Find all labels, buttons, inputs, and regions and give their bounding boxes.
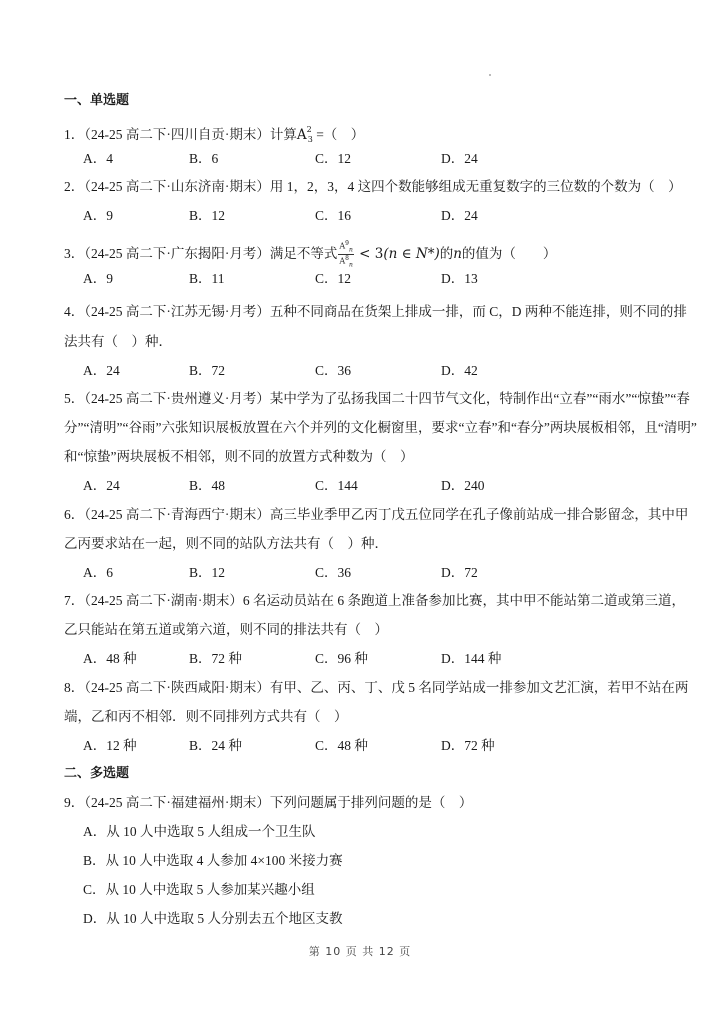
option-d[interactable]: D．240 [441,477,485,495]
question-source: （24-25 高二下·福建福州·期末） [84,795,270,810]
options-q5: A．24 B．48 C．144 D．240 [0,477,720,495]
question-text: 计算 [270,127,297,142]
option-b[interactable]: B．从 10 人中选取 4 人参加 4×100 米接力赛 [83,852,343,870]
question-3: 3．（24-25 高二下·广东揭阳·月考）满足不等式A9nA8n < 3(n ∈… [64,240,666,270]
question-number: 8． [64,680,84,695]
options-q7: A．48 种 B．72 种 C．96 种 D．144 种 [0,650,720,668]
question-source: （24-25 高二下·江苏无锡·月考） [84,304,270,319]
question-9: 9．（24-25 高二下·福建福州·期末）下列问题属于排列问题的是（ ） [64,794,666,812]
options-q3: A．9 B．11 C．12 D．13 [0,270,720,288]
question-source: （24-25 高二下·湖南·期末） [84,593,243,608]
question-source: （24-25 高二下·广东揭阳·月考） [84,246,270,261]
options-q4: A．24 B．72 C．36 D．42 [0,362,720,380]
option-d[interactable]: D．42 [441,362,478,380]
options-q6: A．6 B．12 C．36 D．72 [0,564,720,582]
option-a[interactable]: A．24 [83,477,120,495]
option-d[interactable]: D．24 [441,150,478,168]
question-5-cont-2: 和“惊蛰”两块展板不相邻，则不同的放置方式种数为（ ） [64,448,666,466]
question-8-cont: 端，乙和丙不相邻．则不同排列方式共有（ ） [64,708,666,726]
option-b[interactable]: B．72 种 [189,650,242,668]
question-1: 1．（24-25 高二下·四川自贡·期末）计算A23 =（ ） [64,121,666,149]
option-d[interactable]: D．72 [441,564,478,582]
option-d[interactable]: D．144 种 [441,650,501,668]
question-6: 6．（24-25 高二下·青海西宁·期末）高三毕业季甲乙丙丁戊五位同学在孔子像前… [64,506,666,524]
options-q8: A．12 种 B．24 种 C．48 种 D．72 种 [0,737,720,755]
options-q1: A．4 B．6 C．12 D．24 [0,150,720,168]
question-5-cont-1: 分”“清明”“谷雨”六张知识展板放置在六个并列的文化橱窗里，要求“立春”和“春分… [64,419,666,437]
question-7-cont: 乙只能站在第五道或第六道，则不同的排法共有（ ） [64,621,666,639]
option-c[interactable]: C．12 [315,150,351,168]
question-source: （24-25 高二下·贵州遵义·月考） [84,391,270,406]
page-footer: 第 10 页 共 12 页 [0,943,720,959]
question-number: 4． [64,304,84,319]
question-number: 5． [64,391,84,406]
question-number: 6． [64,507,84,522]
option-b[interactable]: B．24 种 [189,737,242,755]
option-c[interactable]: C．从 10 人中选取 5 人参加某兴趣小组 [83,881,315,899]
option-d[interactable]: D．13 [441,270,478,288]
question-5: 5．（24-25 高二下·贵州遵义·月考）某中学为了弘扬我国二十四节气文化，特制… [64,390,666,408]
option-c[interactable]: C．48 种 [315,737,368,755]
question-4-cont: 法共有（ ）种． [64,333,666,351]
document-page: 一、单选题 1．（24-25 高二下·四川自贡·期末）计算A23 =（ ） A．… [0,0,720,1018]
question-number: 1． [64,127,84,142]
math-arrangement-symbol: A23 [297,127,313,143]
math-condition: (n ∈ N*) [383,246,439,262]
question-source: （24-25 高二下·青海西宁·期末） [84,507,270,522]
option-a[interactable]: A．12 种 [83,737,137,755]
question-2: 2．（24-25 高二下·山东济南·期末）用 1，2，3，4 这四个数能够组成无… [64,178,666,196]
option-c[interactable]: C．16 [315,207,351,225]
option-a[interactable]: A．24 [83,362,120,380]
option-a[interactable]: A．9 [83,207,113,225]
option-b[interactable]: B．12 [189,564,225,582]
question-4: 4．（24-25 高二下·江苏无锡·月考）五种不同商品在货架上排成一排，而 C，… [64,303,666,321]
question-source: （24-25 高二下·四川自贡·期末） [84,127,270,142]
option-d[interactable]: D．24 [441,207,478,225]
option-c[interactable]: C．144 [315,477,358,495]
option-a[interactable]: A．4 [83,150,113,168]
option-a[interactable]: A．9 [83,270,113,288]
option-b[interactable]: B．6 [189,150,218,168]
math-fraction: A9nA8n [338,240,353,270]
option-b[interactable]: B．11 [189,270,225,288]
question-6-cont: 乙丙要求站在一起，则不同的站队方法共有（ ）种． [64,535,666,553]
option-d[interactable]: D．72 种 [441,737,495,755]
question-number: 7． [64,593,84,608]
option-d[interactable]: D．从 10 人中选取 5 人分别去五个地区支教 [83,910,343,928]
section-heading-multiple-choice: 二、多选题 [64,765,666,783]
question-number: 2． [64,179,84,194]
option-a[interactable]: A．从 10 人中选取 5 人组成一个卫生队 [83,823,316,841]
option-c[interactable]: C．12 [315,270,351,288]
question-source: （24-25 高二下·山东济南·期末） [84,179,270,194]
option-b[interactable]: B．72 [189,362,225,380]
options-q2: A．9 B．12 C．16 D．24 [0,207,720,225]
stray-mark [489,74,491,76]
question-8: 8．（24-25 高二下·陕西咸阳·期末）有甲、乙、丙、丁、戊 5 名同学站成一… [64,679,666,697]
section-heading-single-choice: 一、单选题 [64,92,666,110]
option-c[interactable]: C．36 [315,564,351,582]
question-number: 3． [64,246,84,261]
option-c[interactable]: C．96 种 [315,650,368,668]
question-7: 7．（24-25 高二下·湖南·期末）6 名运动员站在 6 条跑道上准备参加比赛… [64,592,666,610]
option-b[interactable]: B．48 [189,477,225,495]
question-text: 用 1，2，3，4 这四个数能够组成无重复数字的三位数的个数为（ ） [270,179,682,194]
option-c[interactable]: C．36 [315,362,351,380]
question-source: （24-25 高二下·陕西咸阳·期末） [84,680,270,695]
option-a[interactable]: A．6 [83,564,113,582]
question-number: 9． [64,795,84,810]
option-a[interactable]: A．48 种 [83,650,137,668]
option-b[interactable]: B．12 [189,207,225,225]
